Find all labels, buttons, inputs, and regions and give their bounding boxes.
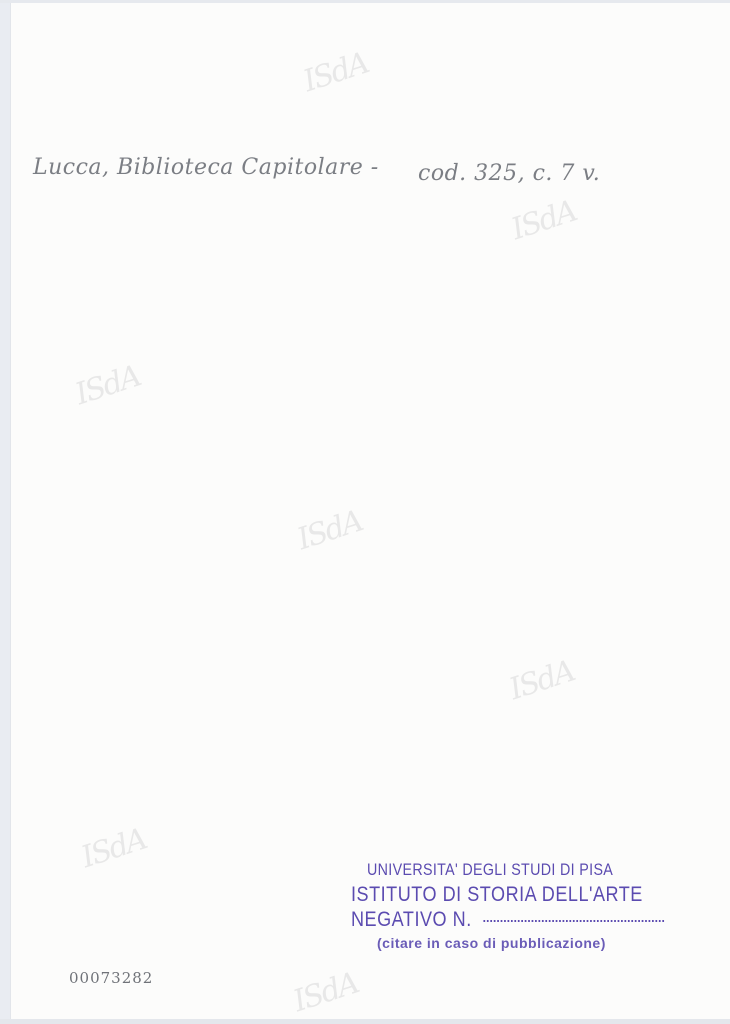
watermark-logo: ISdA [289,966,362,1019]
scan-bottom-edge [0,1019,730,1024]
watermark-logo: ISdA [293,504,366,557]
stamp-negative-label: NEGATIVO N. [351,909,472,930]
document-page: ISdA ISdA ISdA ISdA ISdA ISdA ISdA Lucca… [10,3,730,1019]
handwritten-caption-location: Lucca, Biblioteca Capitolare - [33,155,379,180]
stamp-dotted-line [484,920,665,922]
watermark-logo: ISdA [77,822,150,875]
stamp-institute: ISTITUTO DI STORIA DELL'ARTE [351,884,664,905]
stamp-university: UNIVERSITA' DEGLI STUDI DI PISA [367,861,660,878]
inventory-number: 00073282 [69,969,153,987]
watermark-logo: ISdA [507,194,580,247]
stamp-negative-row: NEGATIVO N. [351,909,664,930]
watermark-logo: ISdA [71,359,144,412]
stamp-citation-note: (citare in caso di pubblicazione) [377,936,715,950]
watermark-logo: ISdA [505,654,578,707]
handwritten-caption-reference: cod. 325, c. 7 v. [418,161,600,186]
watermark-logo: ISdA [299,46,372,99]
institution-stamp: UNIVERSITA' DEGLI STUDI DI PISA ISTITUTO… [351,861,715,950]
